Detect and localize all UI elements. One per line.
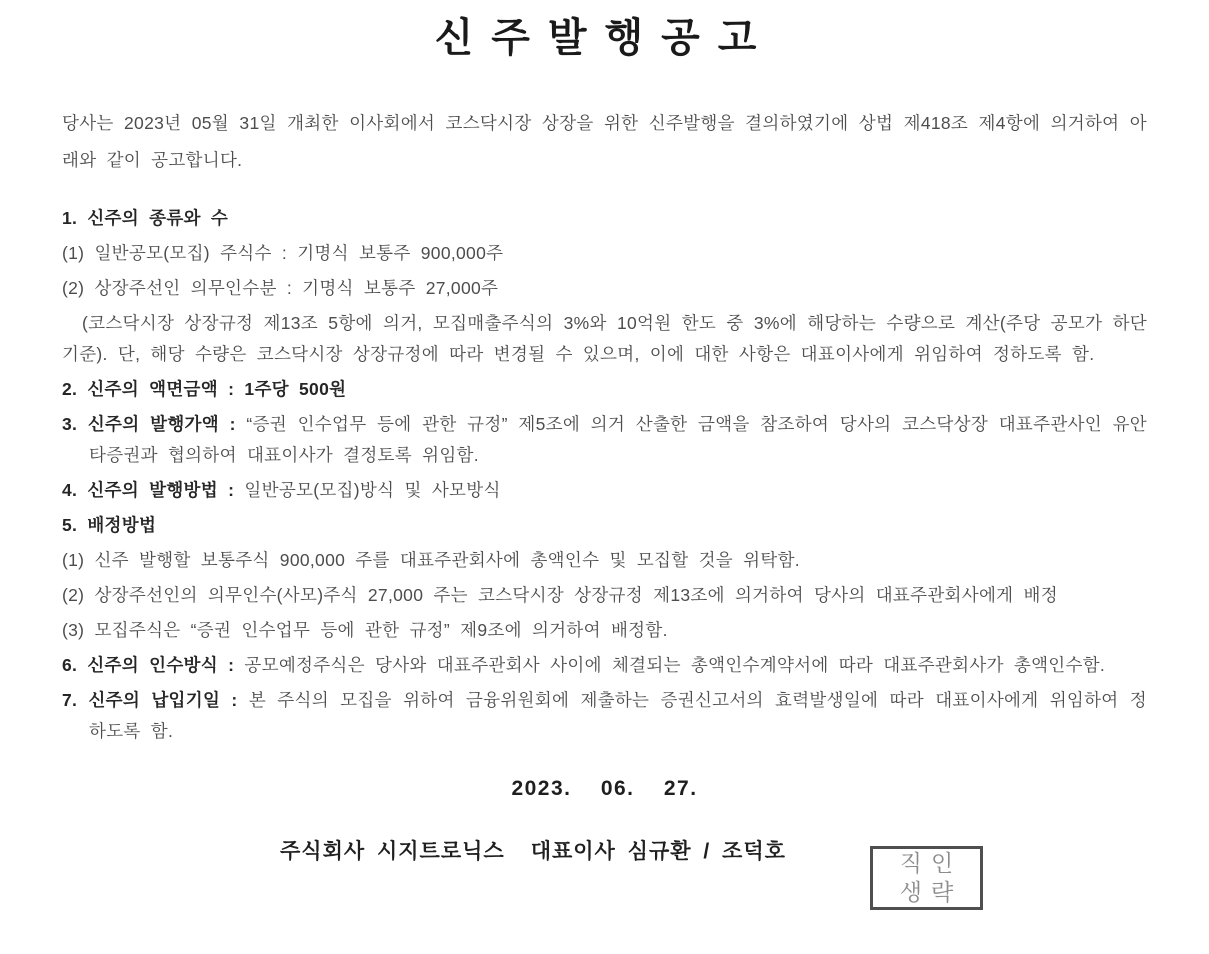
section-3-label: 3. 신주의 발행가액 : [62,414,246,434]
company-name: 주식회사 시지트로닉스 [280,840,505,863]
section-2-heading: 2. 신주의 액면금액 : 1주당 500원 [62,374,1147,405]
representatives: 대표이사 심규환 / 조덕호 [531,840,786,863]
section-6: 6. 신주의 인수방식 : 공모예정주식은 당사와 대표주관회사 사이에 체결되… [62,650,1147,681]
section-1-heading: 1. 신주의 종류와 수 [62,203,1147,234]
section-5-heading: 5. 배정방법 [62,510,1147,541]
stamp-text-line-1: 직인 [891,849,962,878]
section-3: 3. 신주의 발행가액 : “증권 인수업무 등에 관한 규정” 제5조에 의거… [62,409,1147,471]
intro-paragraph: 당사는 2023년 05월 31일 개최한 이사회에서 코스닥시장 상장을 위한… [62,105,1147,179]
section-6-body: 공모예정주식은 당사와 대표주관회사 사이에 체결되는 총액인수계약서에 따라 … [244,655,1105,675]
signature-row: 주식회사 시지트로닉스대표이사 심규환 / 조덕호 [62,820,1147,910]
section-4: 4. 신주의 발행방법 : 일반공모(모집)방식 및 사모방식 [62,475,1147,506]
document-body: 당사는 2023년 05월 31일 개최한 이사회에서 코스닥시장 상장을 위한… [62,105,1147,910]
section-1-sub-2: (2) 상장주선인 의무인수분 : 기명식 보통주 27,000주 [62,273,1147,304]
section-1-note: (코스닥시장 상장규정 제13조 5항에 의거, 모집매출주식의 3%와 10억… [62,308,1147,370]
section-1-sub-1: (1) 일반공모(모집) 주식수 : 기명식 보통주 900,000주 [62,238,1147,269]
section-7: 7. 신주의 납입기일 : 본 주식의 모집을 위하여 금융위원회에 제출하는 … [62,685,1147,747]
section-7-label: 7. 신주의 납입기일 : [62,690,249,710]
seal-omitted-stamp: 직인 생략 [870,846,983,910]
announcement-date: 2023. 06. 27. [62,773,1147,804]
section-3-body: “증권 인수업무 등에 관한 규정” 제5조에 의거 산출한 금액을 참조하여 … [89,414,1147,465]
document-title: 신주발행공고 [0,0,1209,63]
section-4-body: 일반공모(모집)방식 및 사모방식 [244,480,500,500]
section-5-sub-3: (3) 모집주식은 “증권 인수업무 등에 관한 규정” 제9조에 의거하여 배… [62,615,1147,646]
announcement-document: 신주발행공고 당사는 2023년 05월 31일 개최한 이사회에서 코스닥시장… [0,0,1209,954]
signature-line: 주식회사 시지트로닉스대표이사 심규환 / 조덕호 [280,836,786,867]
section-6-label: 6. 신주의 인수방식 : [62,655,244,675]
section-4-label: 4. 신주의 발행방법 : [62,480,244,500]
stamp-text-line-2: 생략 [891,878,962,907]
section-5-sub-2: (2) 상장주선인의 의무인수(사모)주식 27,000 주는 코스닥시장 상장… [62,580,1147,611]
section-5-sub-1: (1) 신주 발행할 보통주식 900,000 주를 대표주관회사에 총액인수 … [62,545,1147,576]
